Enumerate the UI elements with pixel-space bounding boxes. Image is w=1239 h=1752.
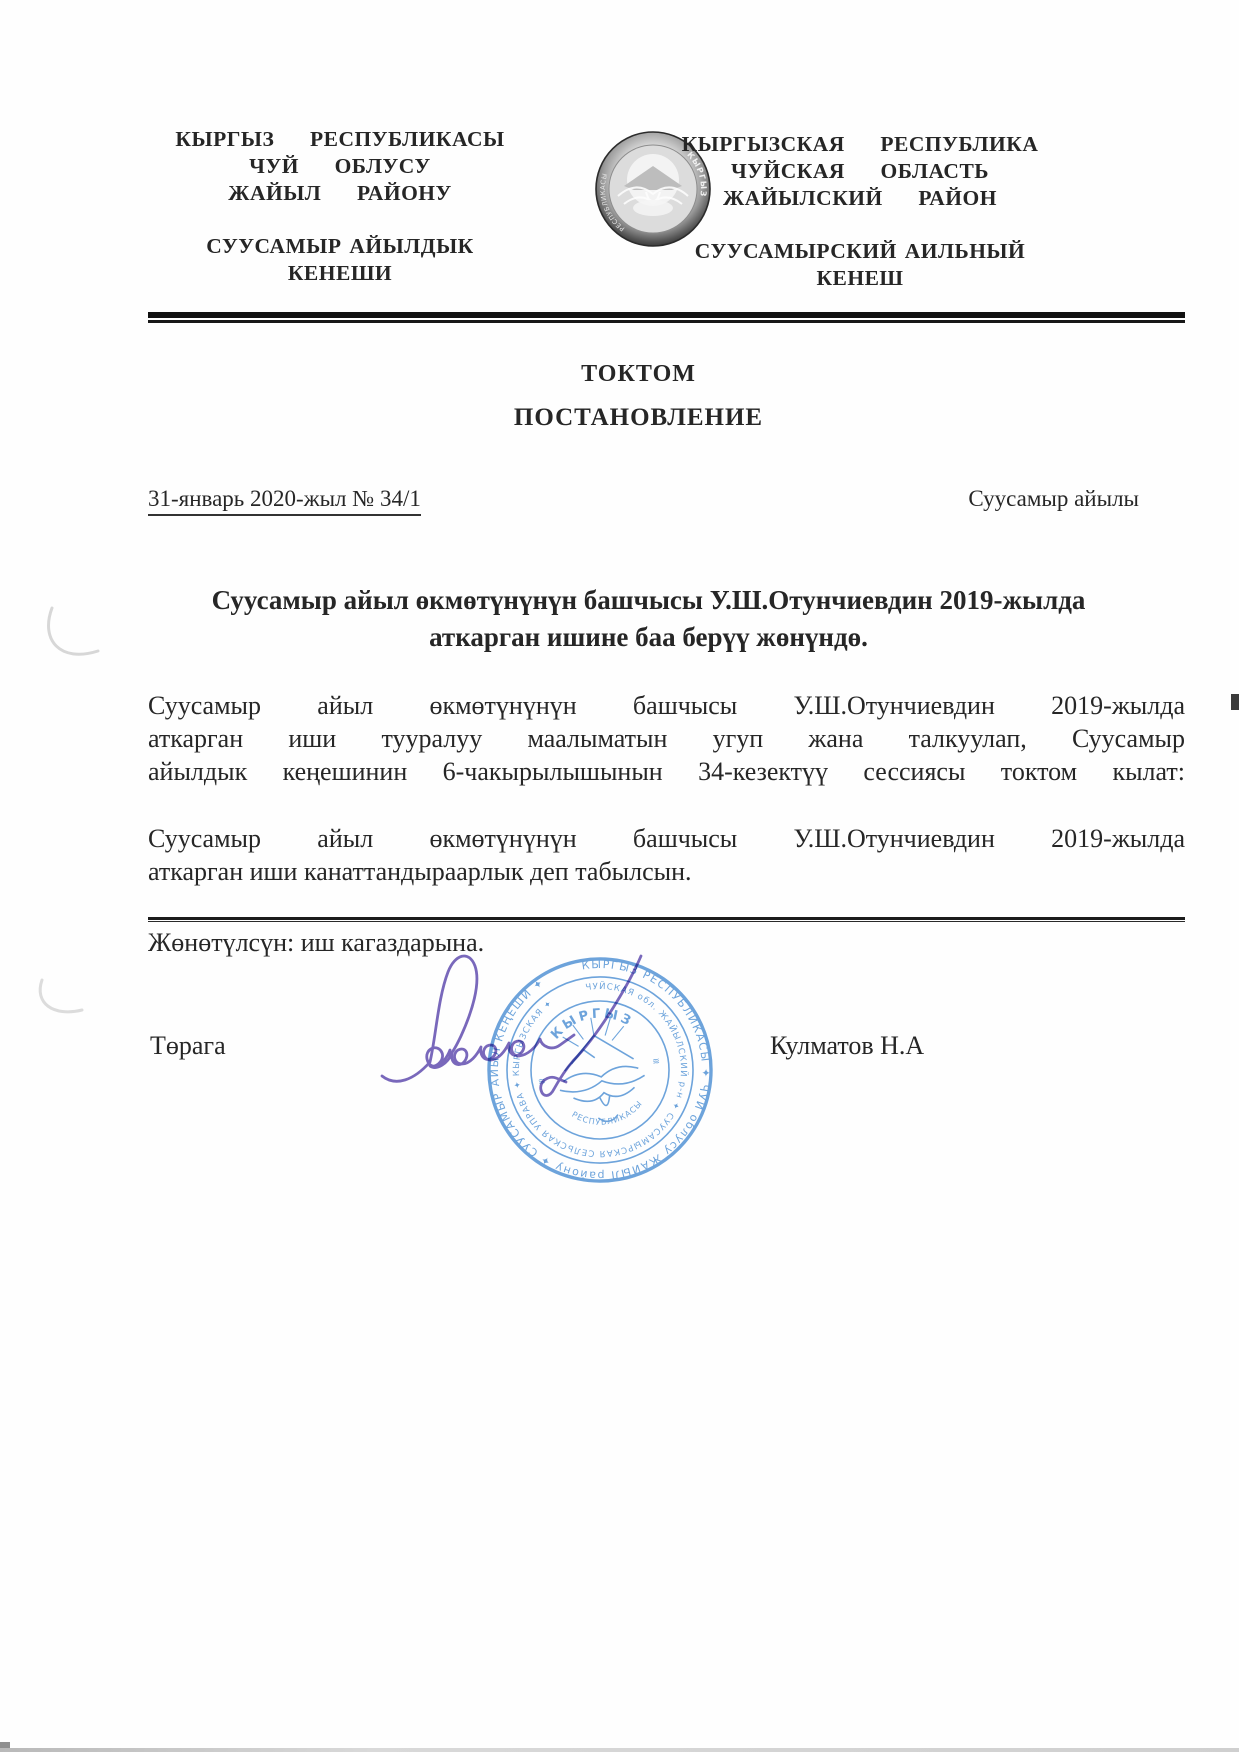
org-line: СУУСАМЫР АЙЫЛДЫК bbox=[140, 233, 540, 260]
body-paragraph-2: Суусамыр айыл өкмөтүнүнүн башчысы У.Ш.От… bbox=[148, 822, 1185, 888]
paragraph-line: айылдык кеңешинин 6-чакырылышынын 34-кез… bbox=[148, 755, 1185, 788]
header-divider-rule bbox=[148, 312, 1185, 323]
header-kyrgyz: КЫРГЫЗ РЕСПУБЛИКАСЫ ЧУЙ ОБЛУСУ ЖАЙЫЛ РАЙ… bbox=[140, 126, 540, 287]
header-line: ЧУЙ ОБЛУСУ bbox=[140, 153, 540, 180]
subject-heading: Суусамыр айыл өкмөтүнүнүн башчысы У.Ш.От… bbox=[130, 582, 1167, 656]
header-line: ЖАЙЫЛСКИЙ РАЙОН bbox=[656, 185, 1064, 212]
paragraph-line: Суусамыр айыл өкмөтүнүнүн башчысы У.Ш.От… bbox=[148, 822, 1185, 855]
paragraph-line: аткарган иши тууралуу маалыматын угуп жа… bbox=[148, 722, 1185, 755]
date-place-line: 31-январь 2020-жыл № 34/1 Суусамыр айылы bbox=[148, 486, 1185, 516]
paragraph-line: Суусамыр айыл өкмөтүнүнүн башчысы У.Ш.От… bbox=[148, 689, 1185, 722]
place-name: Суусамыр айылы bbox=[968, 486, 1139, 516]
date-number: 31-январь 2020-жыл № 34/1 bbox=[148, 486, 421, 516]
signer-role: Төрага bbox=[150, 1031, 226, 1061]
signer-name: Кулматов Н.А bbox=[770, 1031, 924, 1061]
org-line: КЕНЕШ bbox=[656, 265, 1064, 292]
scan-edge-mark bbox=[1231, 694, 1239, 710]
org-name-kyrgyz: СУУСАМЫР АЙЫЛДЫК КЕНЕШИ bbox=[140, 233, 540, 287]
subject-line: Суусамыр айыл өкмөтүнүнүн башчысы У.Ш.От… bbox=[130, 582, 1167, 619]
header-line: ЧУЙСКАЯ ОБЛАСТЬ bbox=[656, 158, 1064, 185]
body-paragraph-1: Суусамыр айыл өкмөтүнүнүн башчысы У.Ш.От… bbox=[148, 689, 1185, 788]
org-line: СУУСАМЫРСКИЙ АИЛЬНЫЙ bbox=[656, 238, 1064, 265]
subject-line: аткарган ишине баа берүү жөнүндө. bbox=[130, 619, 1167, 656]
handwritten-signature bbox=[355, 930, 685, 1115]
doc-type-title-kyrgyz: ТОКТОМ bbox=[120, 361, 1157, 388]
header-line: КЫРГЫЗСКАЯ РЕСПУБЛИКА bbox=[656, 131, 1064, 158]
header-line: КЫРГЫЗ РЕСПУБЛИКАСЫ bbox=[140, 126, 540, 153]
doc-type-title-russian: ПОСТАНОВЛЕНИЕ bbox=[120, 404, 1157, 432]
footer-divider-rule bbox=[148, 917, 1185, 922]
scan-bottom-edge bbox=[0, 1748, 1239, 1752]
paragraph-line: аткарган иши канаттандыраарлык деп табыл… bbox=[148, 855, 1185, 888]
scanned-document-page: КЫРГЫЗ РЕСПУБЛИКАСЫ ЧУЙ ОБЛУСУ ЖАЙЫЛ РАЙ… bbox=[0, 0, 1239, 1752]
header-line: ЖАЙЫЛ РАЙОНУ bbox=[140, 180, 540, 207]
org-name-russian: СУУСАМЫРСКИЙ АИЛЬНЫЙ КЕНЕШ bbox=[656, 238, 1064, 292]
header-russian: КЫРГЫЗСКАЯ РЕСПУБЛИКА ЧУЙСКАЯ ОБЛАСТЬ ЖА… bbox=[656, 131, 1064, 292]
org-line: КЕНЕШИ bbox=[140, 260, 540, 287]
